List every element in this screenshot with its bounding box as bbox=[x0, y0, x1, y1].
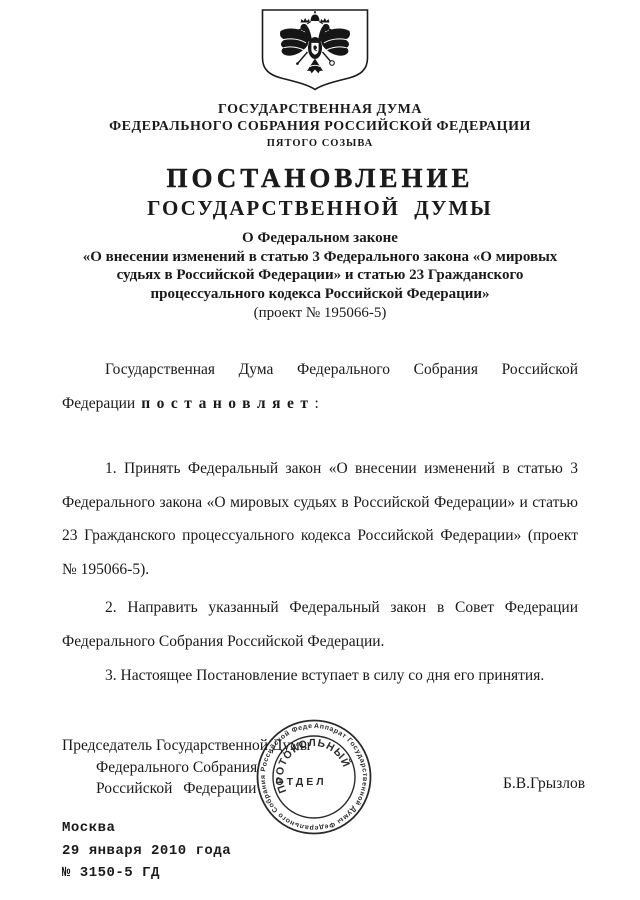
law-title: О Федеральном законе «О внесении изменен… bbox=[70, 229, 570, 323]
footer-date: 29 января 2010 года bbox=[62, 840, 231, 863]
stamp-center-line-2: ОТДЕЛ bbox=[275, 776, 326, 788]
paragraph-line: № 195066-5). bbox=[62, 553, 578, 587]
paragraph-line: Федерациипостановляет: bbox=[62, 387, 578, 421]
document-page: ГОСУДАРСТВЕННАЯ ДУМА ФЕДЕРАЛЬНОГО СОБРАН… bbox=[0, 0, 640, 900]
intro-paragraph: Государственная Дума Федерального Собран… bbox=[62, 353, 578, 420]
intro-emphasis: постановляет bbox=[141, 395, 314, 412]
paragraph-line: 3. Настоящее Постановление вступает в си… bbox=[62, 659, 578, 693]
doc-type-subtitle: ГОСУДАРСТВЕННОЙ ДУМЫ bbox=[0, 195, 640, 221]
law-title-line-4: процессуального кодекса Российской Федер… bbox=[70, 285, 570, 304]
intro-colon: : bbox=[314, 395, 318, 412]
double-headed-eagle-icon bbox=[280, 11, 350, 74]
doc-type-title: ПОСТАНОВЛЕНИЕ bbox=[0, 163, 640, 193]
law-title-line-2: «О внесении изменений в статью 3 Федерал… bbox=[70, 248, 570, 267]
org-header: ГОСУДАРСТВЕННАЯ ДУМА ФЕДЕРАЛЬНОГО СОБРАН… bbox=[0, 101, 640, 151]
org-name-line-2: ФЕДЕРАЛЬНОГО СОБРАНИЯ РОССИЙСКОЙ ФЕДЕРАЦ… bbox=[0, 118, 640, 135]
law-title-line-3: судьях в Российской Федерации» и статью … bbox=[70, 266, 570, 285]
paragraph-line: 2. Направить указанный Федеральный закон… bbox=[62, 591, 578, 625]
footer-number: № 3150-5 ГД bbox=[62, 862, 231, 885]
paragraph-line: Федерального Собрания Российской Федерац… bbox=[62, 625, 578, 659]
resolution-item-1: 1. Принять Федеральный закон «О внесении… bbox=[62, 452, 578, 586]
law-title-line-5: (проект № 195066-5) bbox=[70, 304, 570, 323]
resolution-item-2: 2. Направить указанный Федеральный закон… bbox=[62, 591, 578, 658]
paragraph-line: Федерального закона «О мировых судьях в … bbox=[62, 486, 578, 520]
russian-coat-of-arms bbox=[260, 8, 370, 92]
paragraph-line: Государственная Дума Федерального Собран… bbox=[62, 353, 578, 387]
intro-prefix: Федерации bbox=[62, 395, 135, 412]
protocol-stamp: Аппарат Государственной Думы Федеральног… bbox=[251, 714, 377, 840]
signatory-name: Б.В.Грызлов bbox=[503, 773, 585, 795]
org-name-line-3: ПЯТОГО СОЗЫВА bbox=[0, 137, 640, 151]
paragraph-line: 23 Гражданского процессуального кодекса … bbox=[62, 519, 578, 553]
org-name-line-1: ГОСУДАРСТВЕННАЯ ДУМА bbox=[0, 101, 640, 118]
footer-block: Москва 29 января 2010 года № 3150-5 ГД bbox=[62, 817, 231, 885]
law-title-line-1: О Федеральном законе bbox=[70, 229, 570, 248]
doc-type-block: ПОСТАНОВЛЕНИЕ ГОСУДАРСТВЕННОЙ ДУМЫ bbox=[0, 163, 640, 221]
footer-place: Москва bbox=[62, 817, 231, 840]
resolution-item-3: 3. Настоящее Постановление вступает в си… bbox=[62, 659, 578, 693]
paragraph-line: 1. Принять Федеральный закон «О внесении… bbox=[62, 452, 578, 486]
